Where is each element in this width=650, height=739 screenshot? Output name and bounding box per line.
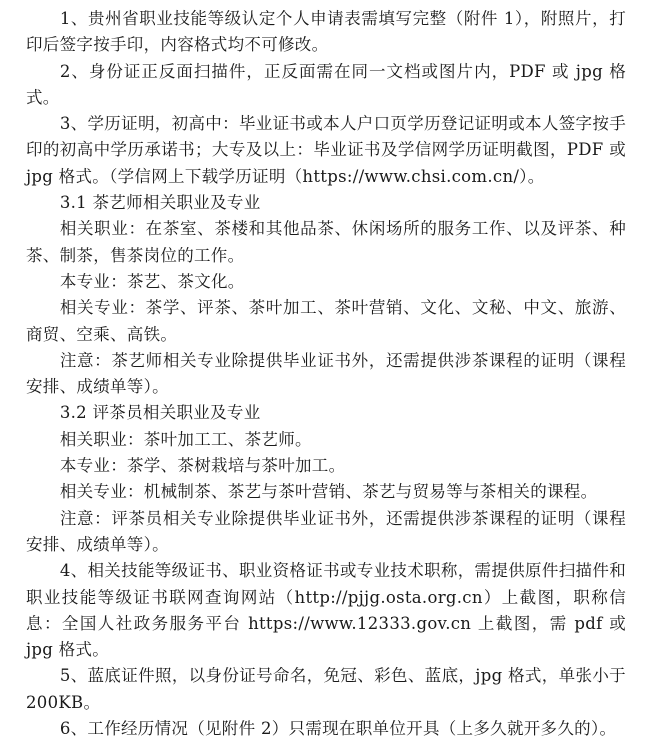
section-3-2-note: 注意：评茶员相关专业除提供毕业证书外，还需提供涉茶课程的证明（课程安排、成绩单等… [26, 506, 626, 559]
item-4-certificates: 4、相关技能等级证书、职业资格证书或专业技术职称，需提供原件扫描件和职业技能等级… [26, 558, 626, 663]
item-1-application-form: 1、贵州省职业技能等级认定个人申请表需填写完整（附件 1），附照片，打印后签字按… [26, 6, 626, 59]
item-2-id-card: 2、身份证正反面扫描件，正反面需在同一文档或图片内，PDF 或 jpg 格式。 [26, 59, 626, 112]
section-3-1-note: 注意：茶艺师相关专业除提供毕业证书外，还需提供涉茶课程的证明（课程安排、成绩单等… [26, 348, 626, 401]
section-3-1-heading: 3.1 茶艺师相关职业及专业 [26, 190, 626, 216]
item-3-education-proof: 3、学历证明，初高中：毕业证书或本人户口页学历登记证明或本人签字按手印的初高中学… [26, 111, 626, 190]
section-3-2-major: 本专业：茶学、茶树栽培与茶叶加工。 [26, 453, 626, 479]
item-5-photo: 5、蓝底证件照，以身份证号命名，免冠、彩色、蓝底，jpg 格式，单张小于 200… [26, 663, 626, 716]
section-3-1-major: 本专业：茶艺、茶文化。 [26, 269, 626, 295]
document-body: 1、贵州省职业技能等级认定个人申请表需填写完整（附件 1），附照片，打印后签字按… [26, 6, 626, 739]
section-3-1-related-majors: 相关专业：茶学、评茶、茶叶加工、茶叶营销、文化、文秘、中文、旅游、商贸、空乘、高… [26, 295, 626, 348]
section-3-1-related-jobs: 相关职业：在茶室、茶楼和其他品茶、休闲场所的服务工作、以及评茶、种茶、制茶，售茶… [26, 216, 626, 269]
section-3-2-heading: 3.2 评茶员相关职业及专业 [26, 400, 626, 426]
item-6-work-experience: 6、工作经历情况（见附件 2）只需现在职单位开具（上多久就开多久的）。 [26, 716, 626, 739]
section-3-2-related-majors: 相关专业：机械制茶、茶艺与茶叶营销、茶艺与贸易等与茶相关的课程。 [26, 479, 626, 505]
section-3-2-related-jobs: 相关职业：茶叶加工工、茶艺师。 [26, 427, 626, 453]
